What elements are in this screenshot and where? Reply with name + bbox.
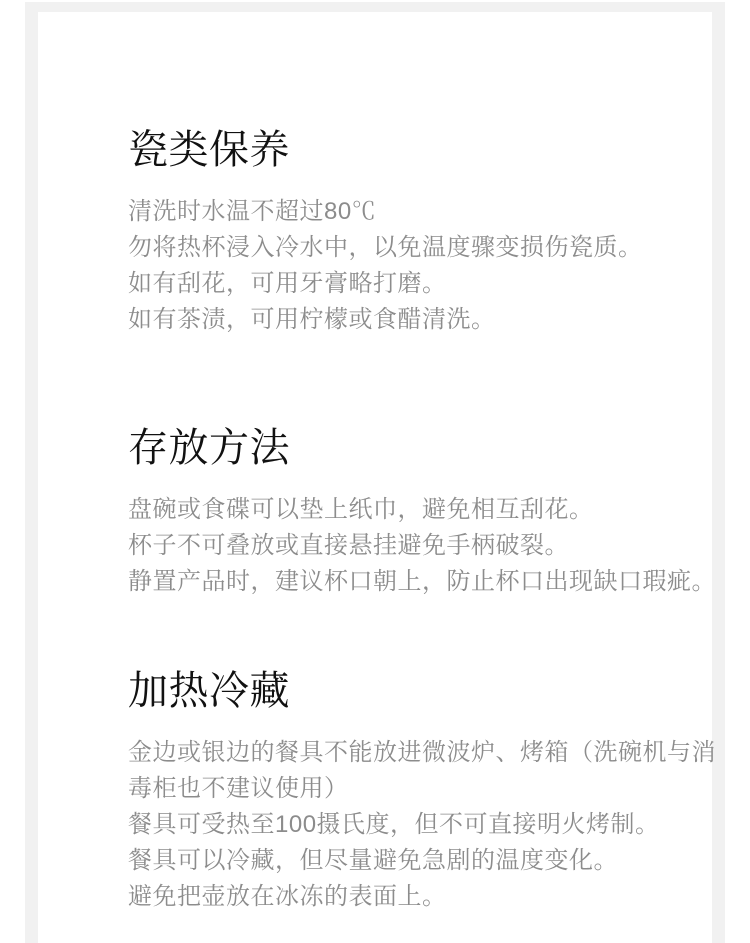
content-card: 瓷类保养 清洗时水温不超过80℃ 勿将热杯浸入冷水中，以免温度骤变损伤瓷质。 如… <box>25 2 725 943</box>
care-instruction-line: 如有茶渍，可用柠檬或食醋清洗。 <box>128 302 738 338</box>
care-instruction-line: 金边或银边的餐具不能放进微波炉、烤箱（洗碗机与消 <box>128 735 738 771</box>
page: 瓷类保养 清洗时水温不超过80℃ 勿将热杯浸入冷水中，以免温度骤变损伤瓷质。 如… <box>0 0 750 943</box>
section-body: 清洗时水温不超过80℃ 勿将热杯浸入冷水中，以免温度骤变损伤瓷质。 如有刮花，可… <box>128 194 738 338</box>
section-body: 金边或银边的餐具不能放进微波炉、烤箱（洗碗机与消 毒柜也不建议使用） 餐具可受热… <box>128 735 738 915</box>
section-heating-refrigeration: 加热冷藏 金边或银边的餐具不能放进微波炉、烤箱（洗碗机与消 毒柜也不建议使用） … <box>128 663 738 915</box>
section-heading-heating-refrigeration: 加热冷藏 <box>128 663 738 719</box>
care-instruction-line: 避免把壶放在冰冻的表面上。 <box>128 879 738 915</box>
care-instruction-line: 杯子不可叠放或直接悬挂避免手柄破裂。 <box>128 528 738 564</box>
care-instruction-line: 静置产品时，建议杯口朝上，防止杯口出现缺口瑕疵。 <box>128 564 738 600</box>
care-instruction-line: 餐具可以冷藏，但尽量避免急剧的温度变化。 <box>128 843 738 879</box>
section-porcelain-care: 瓷类保养 清洗时水温不超过80℃ 勿将热杯浸入冷水中，以免温度骤变损伤瓷质。 如… <box>128 122 738 338</box>
care-instruction-line: 清洗时水温不超过80℃ <box>128 194 738 230</box>
section-storage-method: 存放方法 盘碗或食碟可以垫上纸巾，避免相互刮花。 杯子不可叠放或直接悬挂避免手柄… <box>128 420 738 600</box>
care-instruction-line: 勿将热杯浸入冷水中，以免温度骤变损伤瓷质。 <box>128 230 738 266</box>
section-heading-porcelain-care: 瓷类保养 <box>128 122 738 178</box>
care-instruction-line: 餐具可受热至100摄氏度，但不可直接明火烤制。 <box>128 807 738 843</box>
section-heading-storage-method: 存放方法 <box>128 420 738 476</box>
care-instruction-line: 如有刮花，可用牙膏略打磨。 <box>128 266 738 302</box>
care-instruction-line: 毒柜也不建议使用） <box>128 771 738 807</box>
care-instruction-line: 盘碗或食碟可以垫上纸巾，避免相互刮花。 <box>128 492 738 528</box>
section-body: 盘碗或食碟可以垫上纸巾，避免相互刮花。 杯子不可叠放或直接悬挂避免手柄破裂。 静… <box>128 492 738 600</box>
